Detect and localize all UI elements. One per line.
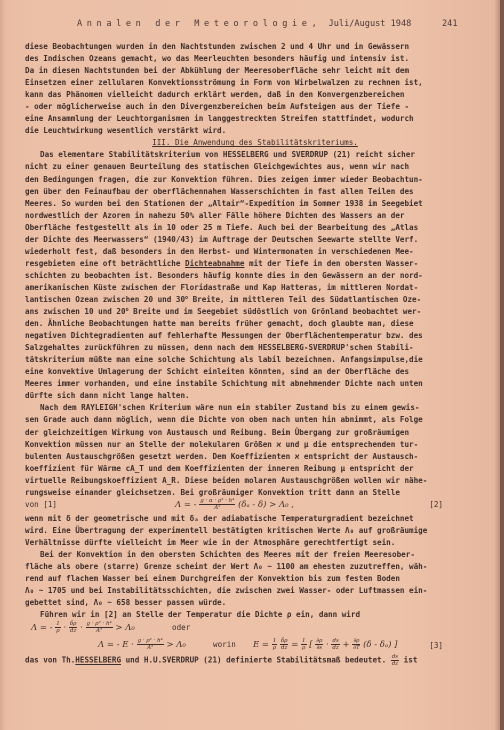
running-header: Annalen der Meteorologie, Juli/August 19… (77, 19, 457, 29)
fraction-denominator: A² (199, 505, 235, 511)
fraction-denominator: dz (391, 661, 399, 667)
equation-lhs: Λ = - E · (98, 640, 134, 650)
text-line: ans zwischen 10 und 20o Breite und im Se… (25, 306, 455, 318)
text-line: dürfte sich dann nicht lange halten. (25, 390, 455, 402)
equation-rhs: > Λ₀ (115, 623, 134, 633)
underlined-term: Dichteabnahme (185, 259, 244, 268)
text-span: Breite, im mittleren Teil des Südatlanti… (188, 295, 421, 304)
reference-von-1: von [1] (25, 500, 57, 509)
text-line: resgebieten eine oft beträchtliche Dicht… (25, 258, 455, 270)
text-span: resgebieten eine oft beträchtliche (25, 259, 185, 268)
journal-title: Annalen der Meteorologie, (77, 19, 321, 29)
text-span: ist (399, 656, 417, 665)
text-line: Das elementare Stabilitätskriterium von … (25, 149, 455, 161)
oder-text: oder (172, 622, 190, 634)
text-line: Meeres. So wurden bei den Stationen der … (25, 198, 455, 210)
text-line: gen über den Feinaufbau der oberflächenn… (25, 186, 455, 198)
fraction-denominator: A² (86, 628, 113, 634)
text-line: Meeres immer vorhanden, und eine instabi… (25, 378, 455, 390)
text-span: lantischen Ozean zwischen 20 und 30 (25, 295, 185, 304)
section-title: III. Die Anwendung des Stabilitätskriter… (25, 137, 455, 149)
fraction: 1ρ (55, 621, 61, 634)
text-line: eine Ansammlung der Leuchtorganismen in … (25, 113, 455, 125)
fraction: g · ρ² · h⁴A² (86, 621, 113, 634)
fraction: g · ρ² · h⁴A² (137, 638, 164, 651)
fraction-numerator: 1 (272, 638, 278, 645)
fraction: dsdz (391, 654, 399, 667)
text-line: Salzgehaltes zurückführen zu müssen, den… (25, 342, 455, 354)
text-line: die Leuchtwirkung wesentlich verstärkt w… (25, 125, 455, 137)
text-span: ans zwischen 10 und 20 (25, 307, 126, 316)
fraction-numerator: δρ (69, 621, 78, 628)
text-line: Λ₀ ~ 1705 und bei Instabilitätsschichten… (25, 585, 455, 597)
text-line: Bei der Konvektion in den obersten Schic… (25, 549, 455, 561)
scanned-page: Annalen der Meteorologie, Juli/August 19… (0, 0, 504, 730)
fraction-numerator: ∂ρ (315, 638, 323, 645)
fraction: g · α · ρ² · h⁴A² (199, 498, 235, 511)
text-line: tätskriterium müßte man eine solche Schi… (25, 354, 455, 366)
equals-sign: = (291, 640, 298, 650)
page-number: 241 (442, 19, 458, 29)
issue-date: Juli/August 1948 (329, 19, 412, 29)
fraction-numerator: g · α · ρ² · h⁴ (199, 498, 235, 505)
equation-rhs: > Λ₀ (166, 640, 185, 650)
fraction-numerator: 1 (55, 621, 61, 628)
text-line: der Dichte des Meerwassers“ (1940/43) im… (25, 234, 455, 246)
underlined-name: HESSELBERG (75, 656, 121, 665)
text-line: Da in diesen Nachtstunden bei der Abkühl… (25, 65, 455, 77)
text-line: Oberfläche festgestellt als in 10 oder 2… (25, 222, 455, 234)
text-line: nicht zu einer genauen Beurteilung des s… (25, 161, 455, 173)
text-span: mit der Tiefe in den obersten Wasser- (244, 259, 418, 268)
text-line: rend auf flachem Wasser bei einem Durchg… (25, 573, 455, 585)
fraction-denominator: ρ (272, 645, 278, 651)
text-span: Breite und im Seegebiet südöstlich von G… (129, 307, 422, 316)
fraction-denominator: ∂s (315, 645, 323, 651)
equation-rhs: (δₐ - δ) > Λ₀ , (238, 500, 294, 510)
fraction-numerator: δρ (280, 638, 289, 645)
text-line: des Indischen Ozeans gemacht, wo das Mee… (25, 53, 455, 65)
fraction-denominator: dz (69, 628, 78, 634)
plus-sign: + (342, 640, 349, 650)
fraction-numerator: ∂ρ (352, 638, 360, 645)
text-line: Einsetzen einer zellularen Konvektionsst… (25, 77, 455, 89)
text-line: wenn mit δ der geometrische und mit δₐ d… (25, 513, 455, 525)
fraction: 1ρ (272, 638, 278, 651)
text-line: lantischen Ozean zwischen 20 und 30o Bre… (25, 294, 455, 306)
text-line: den. Ähnliche Beobachtungen hatte man be… (25, 318, 455, 330)
text-line: gebettet sind, Λ₀ ~ 658 besser passen wü… (25, 597, 455, 609)
text-line: Konvektion müssen nur an Stelle der mole… (25, 439, 455, 451)
text-line: sen Grade auch dann möglich, wenn die Di… (25, 414, 455, 426)
text-line: schichten zu beobachten ist. Besonders h… (25, 270, 455, 282)
fraction: dsdz (331, 638, 339, 651)
equation-lhs: Λ = - (175, 500, 197, 510)
text-line: eine konvektive Umlagerung der Schicht e… (25, 366, 455, 378)
text-line: Verhältnisse dürfte vielleicht im Meer w… (25, 537, 455, 549)
text-line: kann das Phänomen vielleicht dadurch erk… (25, 89, 455, 101)
text-line: wird. Eine Übertragung der experimentell… (25, 525, 455, 537)
fraction-denominator: ∂T (352, 645, 360, 651)
fraction: ∂ρ∂s (315, 638, 323, 651)
equation-3b-lhs: Λ = - E · g · ρ² · h⁴A² > Λ₀ (98, 638, 186, 651)
fraction-numerator: ds (391, 654, 399, 661)
text-line: Nach dem RAYLEIGH'schen Kriterium wäre n… (25, 402, 455, 414)
fraction-denominator: dz (280, 645, 289, 651)
text-line: bulenten Austauschgrößen gesetzt werden.… (25, 451, 455, 463)
fraction-denominator: ρ (301, 645, 307, 651)
text-line: den Bedingungen fragen, die zur Konvekti… (25, 174, 455, 186)
fraction: 1ρ (301, 638, 307, 651)
text-line: virtuelle Reibungskoeffizient A_R. Diese… (25, 475, 455, 487)
equation-3a: Λ = - 1ρ · δρdz · g · ρ² · h⁴A² > Λ₀ ode… (25, 621, 455, 637)
body-text: diese Beobachtungen wurden in den Nachts… (25, 41, 455, 666)
fraction-denominator: dz (331, 645, 339, 651)
text-line: koeffizient für Wärme cA_T und dem Koeff… (25, 463, 455, 475)
fraction: δρdz (69, 621, 78, 634)
equation-tail: (δ - δₐ) ] (363, 640, 397, 650)
text-line: der gleichzeitigen Wirkung von Austausch… (25, 427, 455, 439)
text-line: - oder möglicherweise auch in den Diverg… (25, 101, 455, 113)
equation-3b: Λ = - E · g · ρ² · h⁴A² > Λ₀ worin E = 1… (25, 637, 455, 654)
text-line: fläche als obere (starre) Grenze scheint… (25, 561, 455, 573)
text-line: Führen wir in [2] an Stelle der Temperat… (25, 609, 455, 621)
equation-label: [3] (429, 640, 443, 652)
text-span: und H.U.SVERDRUP (21) definierte Stabili… (121, 656, 391, 665)
equation-2: von [1] Λ = - g · α · ρ² · h⁴A² (δₐ - δ)… (25, 499, 455, 513)
fraction-numerator: ds (331, 638, 339, 645)
worin-text: worin (213, 639, 236, 651)
equation-label: [2] (429, 499, 443, 511)
fraction-numerator: 1 (301, 638, 307, 645)
equation-3b-E-definition: E = 1ρ δρdz = 1ρ [ ∂ρ∂s · dsdz + ∂ρ∂T (δ… (253, 638, 397, 651)
fraction: ∂ρ∂T (352, 638, 360, 651)
text-line: nordwestlich der Azoren in nahezu 50% al… (25, 210, 455, 222)
equation-2-body: Λ = - g · α · ρ² · h⁴A² (δₐ - δ) > Λ₀ , (175, 498, 294, 511)
bracket: [ (309, 640, 312, 650)
text-line: diese Beobachtungen wurden in den Nachts… (25, 41, 455, 53)
page-edge-shadow (500, 0, 504, 730)
fraction-denominator: ρ (55, 628, 61, 634)
text-line: amerikanischen Küste zwischen der Florid… (25, 282, 455, 294)
text-line: wiederholt fest, daß besonders in den He… (25, 246, 455, 258)
text-span: das von Th. (25, 656, 75, 665)
equation-3a-body: Λ = - 1ρ · δρdz · g · ρ² · h⁴A² > Λ₀ (31, 621, 135, 634)
fraction: δρdz (280, 638, 289, 651)
equation-lhs: Λ = - (31, 623, 53, 633)
fraction-denominator: A² (137, 645, 164, 651)
text-line: negativen Dichtegradienten auf fehlerhaf… (25, 330, 455, 342)
text-line: das von Th.HESSELBERG und H.U.SVERDRUP (… (25, 654, 455, 666)
equation-lhs: E = (253, 640, 269, 650)
